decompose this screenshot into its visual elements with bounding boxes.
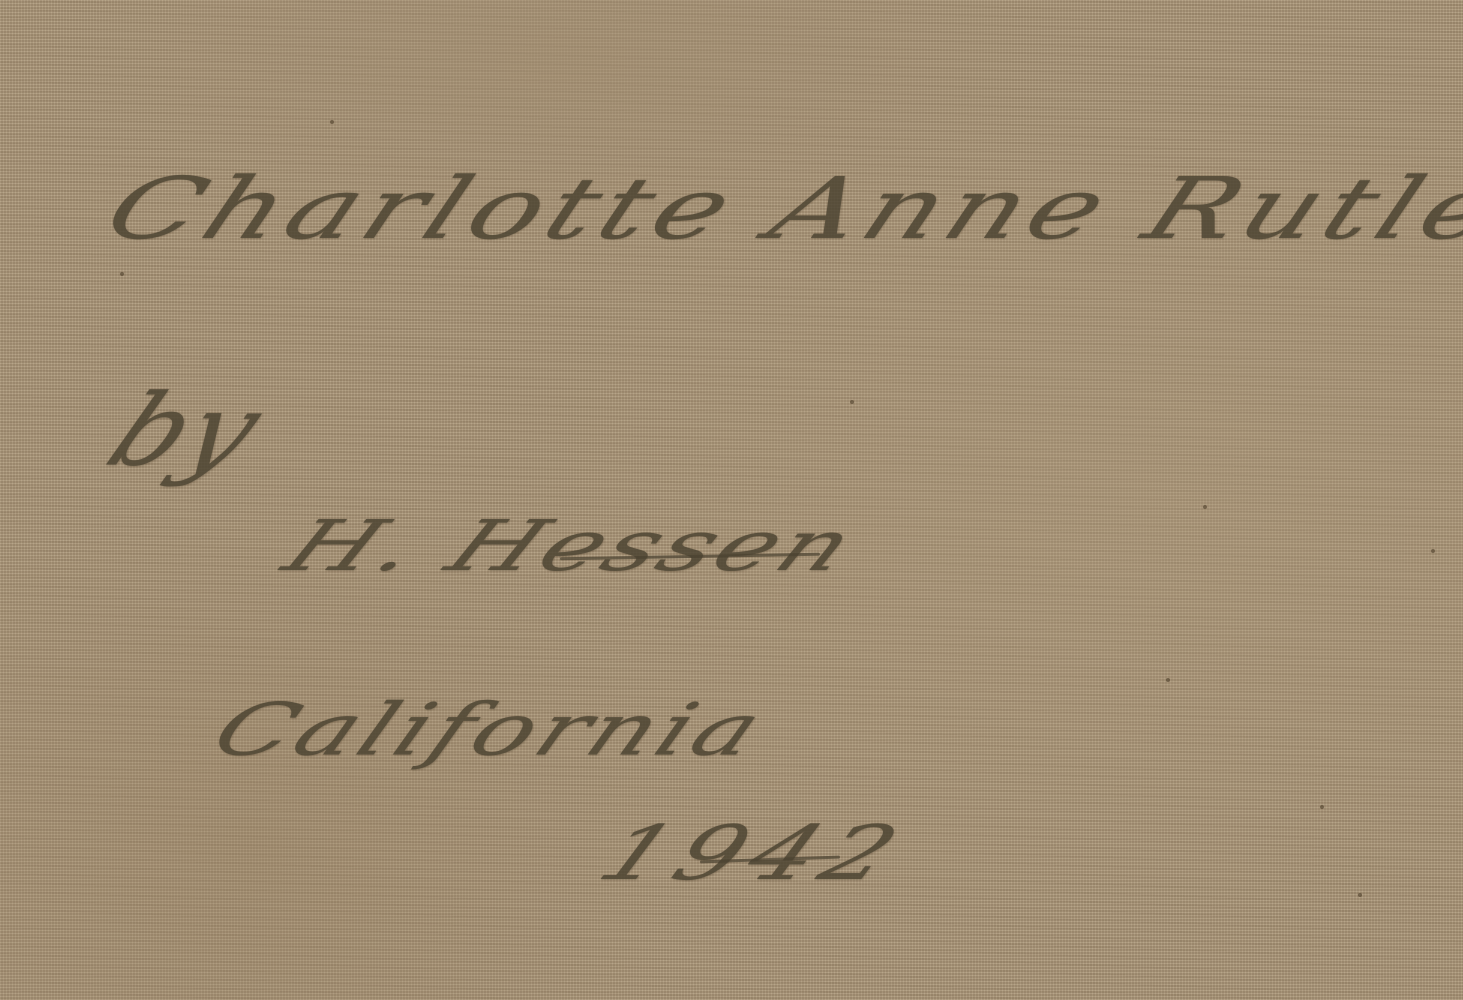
canvas-fleck [1358,893,1362,897]
canvas-fleck [1166,678,1170,682]
canvas-fleck [120,272,124,276]
canvas-fleck [1431,549,1435,553]
inscription-line-location: California [200,688,779,772]
canvas-fleck [1203,505,1207,509]
canvas-fleck [850,400,854,404]
inscription-line-by: by [90,373,283,488]
linen-canvas-photo: Charlotte Anne Rutledg by H. Hessen Cali… [0,0,1463,1000]
canvas-fleck [330,120,334,124]
canvas-fleck [1320,805,1324,809]
inscription-line-subject-name: Charlotte Anne Rutledg [92,159,1463,258]
inscription-line-year: 1942 [585,809,922,897]
inscription-line-artist-signature: H. Hessen [270,505,873,587]
